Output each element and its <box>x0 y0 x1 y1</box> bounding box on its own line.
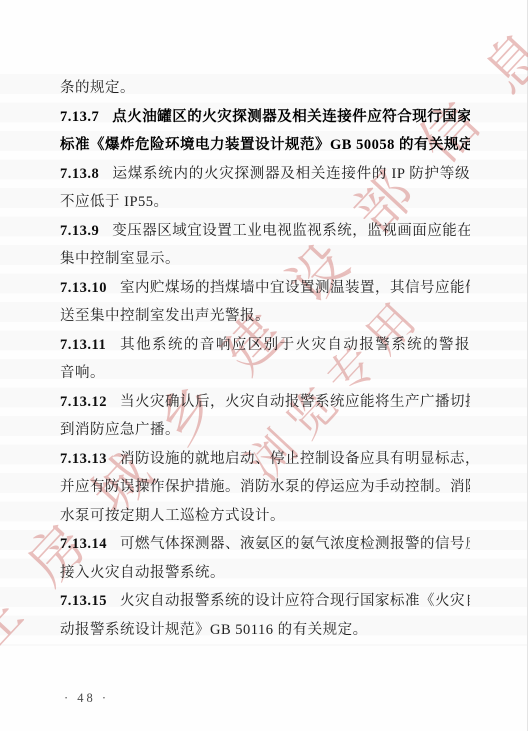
text-line: 不应低于 IP55。 <box>60 188 470 217</box>
clause-number: 7.13.8 <box>60 166 112 182</box>
clause-paragraph: 7.13.8运煤系统内的火灾探测器及相关连接件的 IP 防护等级不应低于 IP5… <box>60 160 470 217</box>
clause-line-text: 接入火灾自动报警系统。 <box>60 565 225 581</box>
clause-line-text: 运煤系统内的火灾探测器及相关连接件的 IP 防护等级 <box>112 166 470 182</box>
clause-line-text: 标准《爆炸危险环境电力装置设计规范》GB 50058 的有关规定。 <box>60 137 470 153</box>
clause-number: 7.13.15 <box>60 593 120 609</box>
clause-paragraph: 7.13.14可燃气体探测器、液氨区的氨气浓度检测报警的信号应接入火灾自动报警系… <box>60 530 470 587</box>
text-line: 标准《爆炸危险环境电力装置设计规范》GB 50058 的有关规定。 <box>60 131 470 160</box>
clause-paragraph: 7.13.7点火油罐区的火灾探测器及相关连接件应符合现行国家标准《爆炸危险环境电… <box>60 103 470 160</box>
clause-paragraph: 7.13.10室内贮煤场的挡煤墙中宜设置测温装置，其信号应能传送至集中控制室发出… <box>60 274 470 331</box>
text-line: 动报警系统设计规范》GB 50116 的有关规定。 <box>60 616 470 645</box>
text-line: 接入火灾自动报警系统。 <box>60 559 470 588</box>
clause-line-text: 变压器区域宜设置工业电视监视系统，监视画面应能在 <box>112 223 470 239</box>
text-line: 7.13.7点火油罐区的火灾探测器及相关连接件应符合现行国家 <box>60 103 470 132</box>
document-page: 住房城乡建设部信息公开 浏览专用 条的规定。7.13.7点火油罐区的火灾探测器及… <box>0 0 528 731</box>
clause-line-text: 水泵可按定期人工巡检方式设计。 <box>60 508 285 524</box>
text-line: 条的规定。 <box>60 74 470 103</box>
text-line: 到消防应急广播。 <box>60 416 470 445</box>
text-line: 7.13.8运煤系统内的火灾探测器及相关连接件的 IP 防护等级 <box>60 160 470 189</box>
clause-number: 7.13.14 <box>60 536 120 552</box>
clause-line-text: 集中控制室显示。 <box>60 251 180 267</box>
clause-line-text: 动报警系统设计规范》GB 50116 的有关规定。 <box>60 622 368 638</box>
clause-line-text: 并应有防误操作保护措施。消防水泵的停运应为手动控制。消防 <box>60 479 470 495</box>
text-line: 7.13.12当火灾确认后，火灾自动报警系统应能将生产广播切换 <box>60 388 470 417</box>
clause-number: 7.13.12 <box>60 394 120 410</box>
clause-paragraph: 7.13.13消防设施的就地启动、停止控制设备应具有明显标志，并应有防误操作保护… <box>60 445 470 531</box>
clause-line-text: 送至集中控制室发出声光警报。 <box>60 308 270 324</box>
clause-line-text: 不应低于 IP55。 <box>60 194 169 210</box>
clause-number: 7.13.13 <box>60 451 120 467</box>
clause-line-text: 当火灾确认后，火灾自动报警系统应能将生产广播切换 <box>120 394 470 410</box>
clause-line-text: 点火油罐区的火灾探测器及相关连接件应符合现行国家 <box>112 109 470 125</box>
clause-line-text: 其他系统的音响应区别于火灾自动报警系统的警报 <box>119 337 470 353</box>
text-line: 7.13.13消防设施的就地启动、停止控制设备应具有明显标志， <box>60 445 470 474</box>
text-line: 并应有防误操作保护措施。消防水泵的停运应为手动控制。消防 <box>60 473 470 502</box>
text-line: 音响。 <box>60 359 470 388</box>
clause-paragraph: 7.13.11其他系统的音响应区别于火灾自动报警系统的警报音响。 <box>60 331 470 388</box>
clause-paragraph: 7.13.12当火灾确认后，火灾自动报警系统应能将生产广播切换到消防应急广播。 <box>60 388 470 445</box>
clause-number: 7.13.11 <box>60 337 119 353</box>
clause-line-text: 可燃气体探测器、液氨区的氨气浓度检测报警的信号应 <box>120 536 470 552</box>
clause-line-text: 音响。 <box>60 365 105 381</box>
text-line: 7.13.11其他系统的音响应区别于火灾自动报警系统的警报 <box>60 331 470 360</box>
clause-number: 7.13.7 <box>60 109 112 125</box>
clause-paragraph: 条的规定。 <box>60 74 470 103</box>
text-line: 水泵可按定期人工巡检方式设计。 <box>60 502 470 531</box>
clause-number: 7.13.9 <box>60 223 112 239</box>
page-number: · 48 · <box>64 691 109 706</box>
clause-number: 7.13.10 <box>60 280 120 296</box>
text-line: 7.13.10室内贮煤场的挡煤墙中宜设置测温装置，其信号应能传 <box>60 274 470 303</box>
text-line: 集中控制室显示。 <box>60 245 470 274</box>
text-line: 送至集中控制室发出声光警报。 <box>60 302 470 331</box>
clause-line-text: 室内贮煤场的挡煤墙中宜设置测温装置，其信号应能传 <box>120 280 470 296</box>
clause-paragraph: 7.13.9变压器区域宜设置工业电视监视系统，监视画面应能在集中控制室显示。 <box>60 217 470 274</box>
clause-line-text: 消防设施的就地启动、停止控制设备应具有明显标志， <box>120 451 470 467</box>
clause-line-text: 火灾自动报警系统的设计应符合现行国家标准《火灾自 <box>120 593 470 609</box>
text-line: 7.13.14可燃气体探测器、液氨区的氨气浓度检测报警的信号应 <box>60 530 470 559</box>
clause-line-text: 条的规定。 <box>60 80 135 96</box>
text-line: 7.13.15火灾自动报警系统的设计应符合现行国家标准《火灾自 <box>60 587 470 616</box>
clause-text-block: 条的规定。7.13.7点火油罐区的火灾探测器及相关连接件应符合现行国家标准《爆炸… <box>60 74 470 644</box>
text-line: 7.13.9变压器区域宜设置工业电视监视系统，监视画面应能在 <box>60 217 470 246</box>
clause-line-text: 到消防应急广播。 <box>60 422 180 438</box>
clause-paragraph: 7.13.15火灾自动报警系统的设计应符合现行国家标准《火灾自动报警系统设计规范… <box>60 587 470 644</box>
